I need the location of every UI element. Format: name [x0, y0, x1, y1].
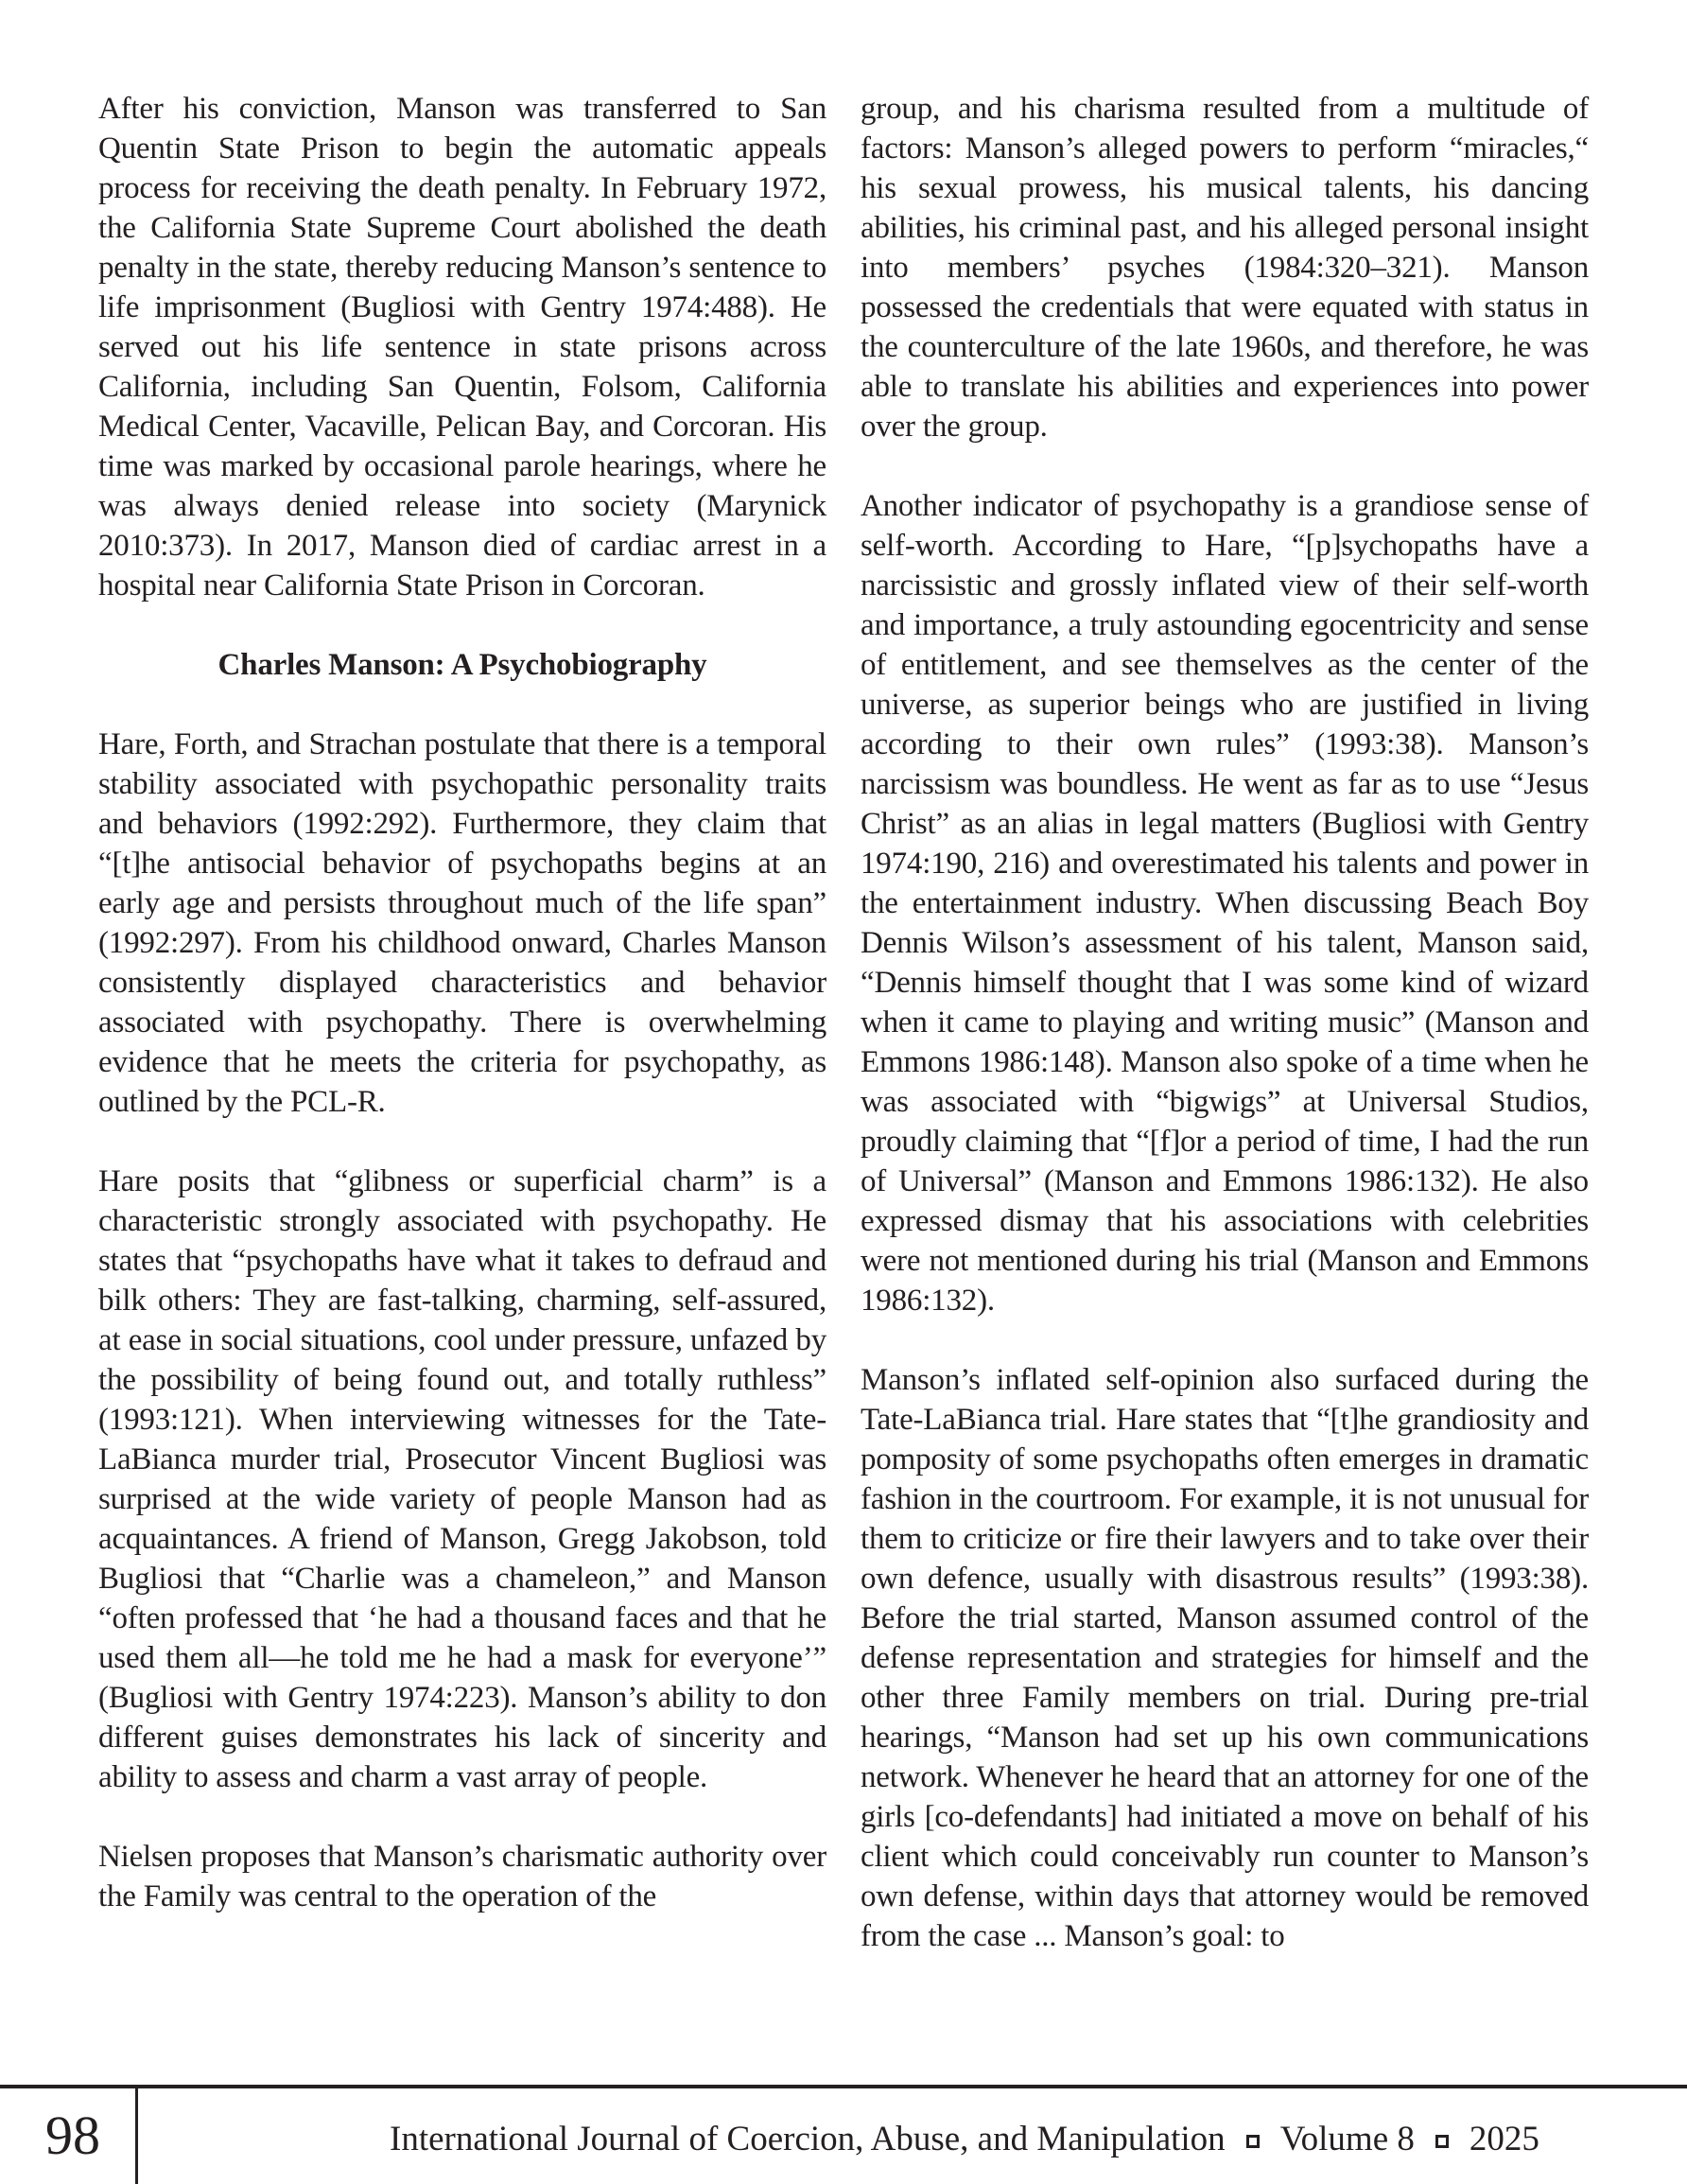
paragraph-superficial-charm: Hare posits that “glibness or superficia… [98, 1162, 826, 1797]
page-number: 98 [21, 2107, 125, 2164]
paragraph-conviction: After his conviction, Manson was transfe… [98, 89, 826, 605]
paragraph-inflated-self-opinion: Manson’s inflated self-opinion also surf… [861, 1360, 1589, 1956]
hollow-square-icon [1246, 2135, 1260, 2148]
paragraph-charisma-factors: group, and his charisma resulted from a … [861, 89, 1589, 446]
paragraph-charismatic-authority: Nielsen proposes that Manson’s charismat… [98, 1837, 826, 1916]
hollow-square-icon [1435, 2135, 1449, 2148]
paragraph-temporal-stability: Hare, Forth, and Strachan postulate that… [98, 725, 826, 1122]
footer-rule [0, 2085, 1687, 2088]
right-column: group, and his charisma resulted from a … [861, 89, 1589, 1956]
paragraph-grandiose-self-worth: Another indicator of psychopathy is a gr… [861, 486, 1589, 1320]
running-footer: International Journal of Coercion, Abuse… [390, 2119, 1539, 2160]
footer-divider [135, 2087, 138, 2184]
volume-label: Volume 8 [1280, 2119, 1415, 2160]
left-column: After his conviction, Manson was transfe… [98, 89, 826, 1916]
section-heading: Charles Manson: A Psychobiography [98, 645, 826, 685]
journal-title: International Journal of Coercion, Abuse… [390, 2119, 1226, 2160]
year-label: 2025 [1470, 2119, 1539, 2160]
